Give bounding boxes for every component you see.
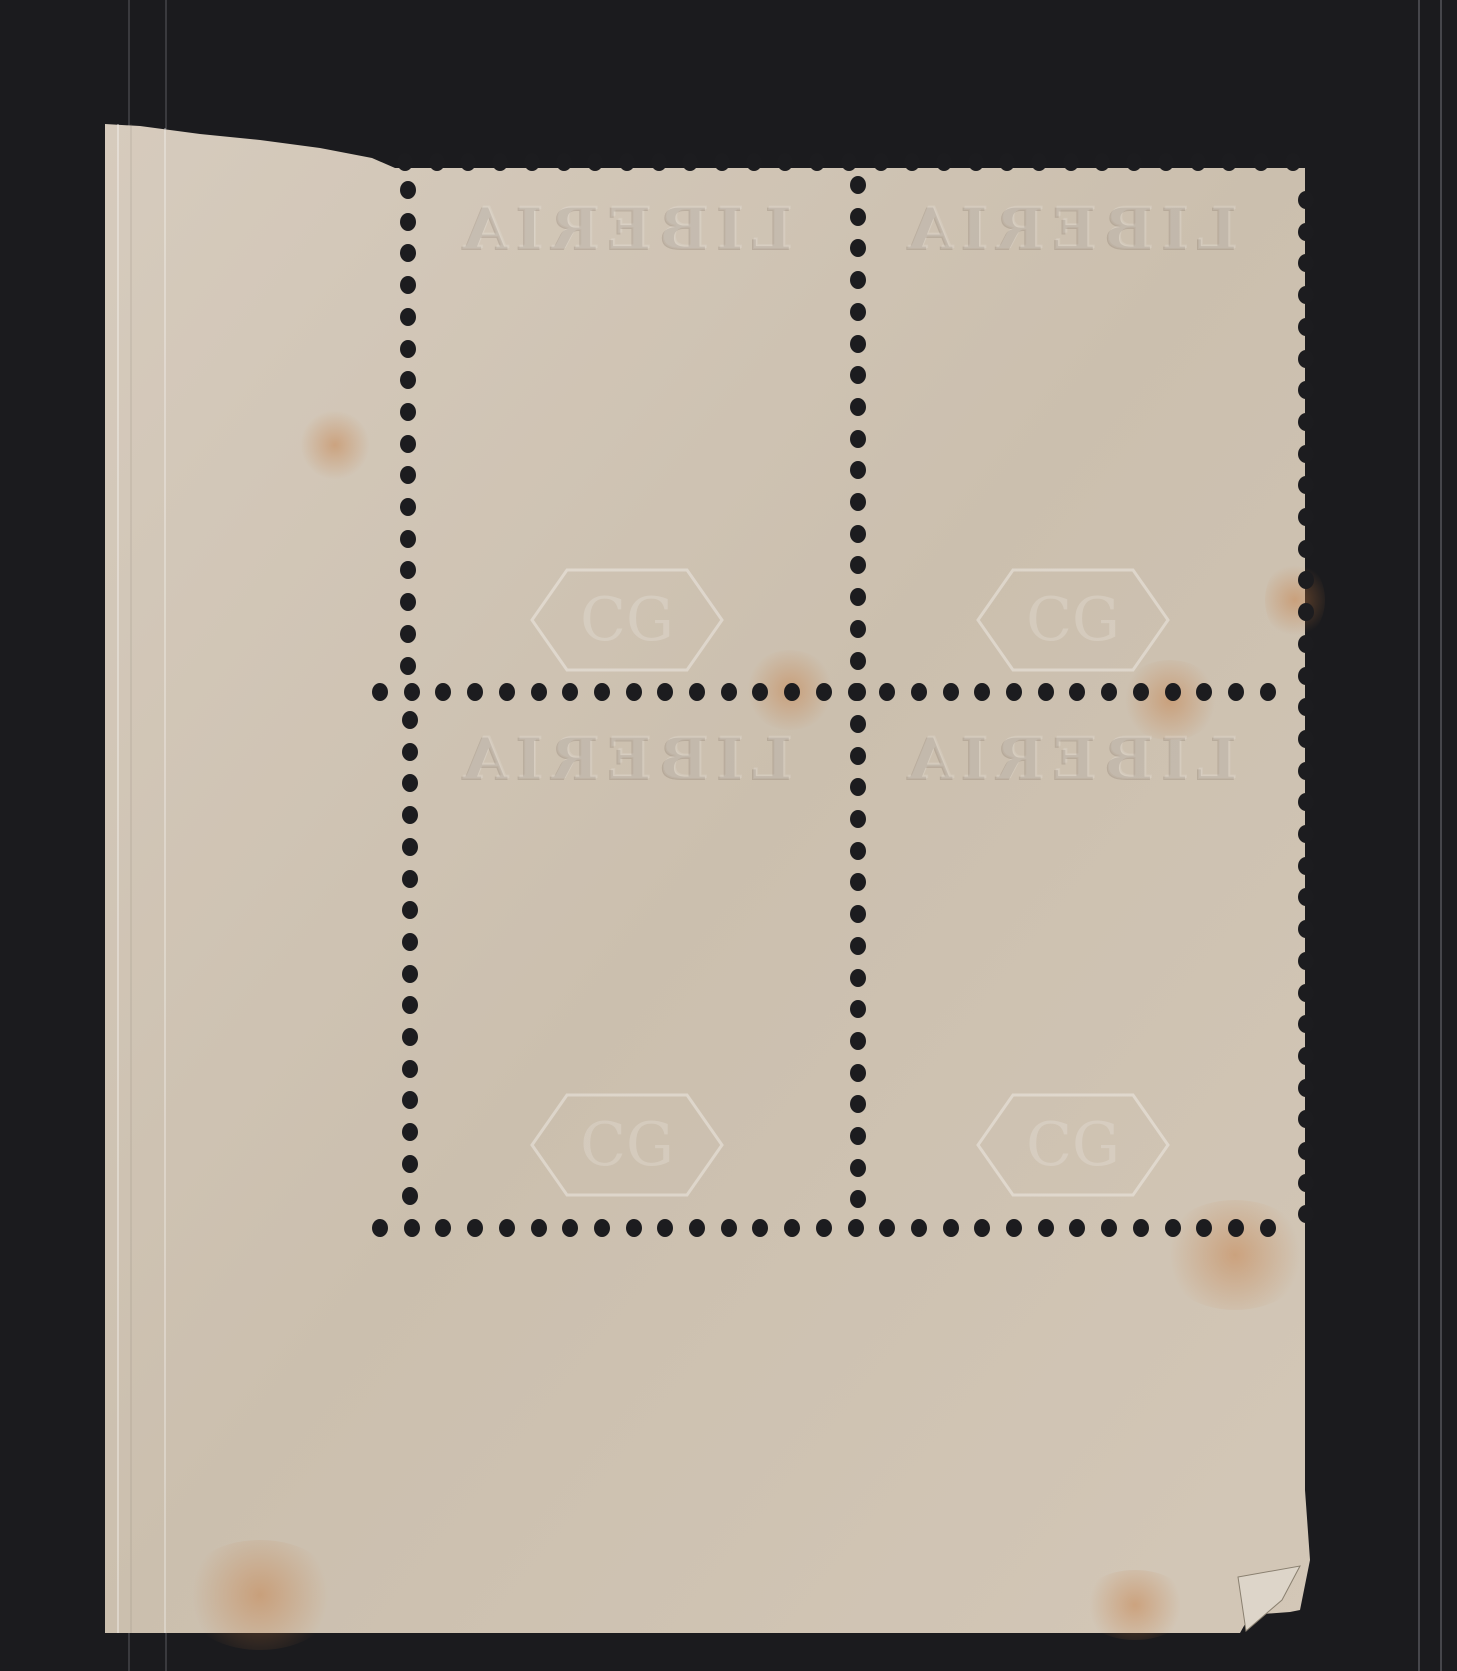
perforation-hole — [1228, 1219, 1244, 1237]
perforation-hole — [400, 593, 416, 611]
perforation-hole — [1298, 984, 1314, 1002]
perforation-hole — [784, 1219, 800, 1237]
perforation-hole — [1190, 153, 1206, 171]
perforation-hole — [531, 683, 547, 701]
perforation-hole — [402, 838, 418, 856]
perforation-hole — [372, 683, 388, 701]
perforation-hole — [1298, 413, 1314, 431]
perforation-hole — [651, 153, 667, 171]
perforation-hole — [1298, 603, 1314, 621]
perforation-hole — [1298, 540, 1314, 558]
embossed-monogram-hexagon: CG — [512, 565, 742, 675]
perforation-hole — [400, 435, 416, 453]
perforation-hole — [404, 1219, 420, 1237]
perforation-hole — [1260, 1219, 1276, 1237]
embossed-country-name: LIBERIA — [455, 725, 792, 793]
perforation-hole — [400, 276, 416, 294]
perforation-hole — [400, 213, 416, 231]
perforation-hole — [402, 870, 418, 888]
perforation-hole — [850, 842, 866, 860]
perforation-hole — [1298, 825, 1314, 843]
perforation-hole — [1298, 286, 1314, 304]
perforation-hole — [1298, 508, 1314, 526]
perforation-hole — [746, 153, 762, 171]
perforation-hole — [626, 683, 642, 701]
perforation-hole — [784, 683, 800, 701]
perforation-hole — [1298, 1174, 1314, 1192]
perforation-hole — [1298, 445, 1314, 463]
perforation-hole — [1133, 683, 1149, 701]
perforation-hole — [402, 933, 418, 951]
perforation-hole — [911, 683, 927, 701]
perforation-hole — [943, 1219, 959, 1237]
perforation-hole — [1038, 1219, 1054, 1237]
perforation-hole — [714, 153, 730, 171]
perforation-hole — [850, 810, 866, 828]
perforation-hole — [850, 208, 866, 226]
perforation-hole — [1285, 153, 1301, 171]
embossed-country-name: LIBERIA — [455, 195, 792, 263]
perforation-hole — [850, 905, 866, 923]
embossed-monogram-hexagon: CG — [512, 1090, 742, 1200]
perforation-hole — [1298, 730, 1314, 748]
perforation-hole — [850, 271, 866, 289]
perforation-hole — [402, 743, 418, 761]
perforation-hole — [943, 683, 959, 701]
perforation-hole — [850, 1159, 866, 1177]
perforation-hole — [1101, 683, 1117, 701]
perforation-hole — [1228, 683, 1244, 701]
perforation-hole — [402, 711, 418, 729]
perforation-hole — [1063, 153, 1079, 171]
perforation-hole — [492, 153, 508, 171]
perforation-hole — [402, 965, 418, 983]
perforation-hole — [850, 747, 866, 765]
perforation-hole — [850, 588, 866, 606]
perforation-hole — [1298, 318, 1314, 336]
perforation-hole — [594, 683, 610, 701]
perforation-hole — [850, 398, 866, 416]
svg-text:CG: CG — [1026, 585, 1120, 655]
perforation-hole — [402, 1123, 418, 1141]
perforation-hole — [809, 153, 825, 171]
perforation-hole — [1165, 1219, 1181, 1237]
perforation-hole — [1260, 683, 1276, 701]
perforation-hole — [531, 1219, 547, 1237]
svg-text:CG: CG — [580, 1110, 674, 1180]
perforation-hole — [850, 176, 866, 194]
rust-stain — [180, 1540, 340, 1650]
perforation-hole — [402, 1060, 418, 1078]
perforation-hole — [1298, 762, 1314, 780]
perforation-hole — [841, 153, 857, 171]
perforation-hole — [1006, 683, 1022, 701]
perforation-hole — [556, 153, 572, 171]
perforation-hole — [936, 153, 952, 171]
perforation-hole — [850, 652, 866, 670]
svg-text:CG: CG — [580, 585, 674, 655]
perforation-hole — [1298, 635, 1314, 653]
svg-text:CG: CG — [1026, 1110, 1120, 1180]
perforation-hole — [1298, 350, 1314, 368]
embossed-monogram-hexagon: CG — [958, 1090, 1188, 1200]
perforation-hole — [400, 340, 416, 358]
perforation-hole — [1006, 1219, 1022, 1237]
perforation-hole — [850, 620, 866, 638]
perforation-hole — [1031, 153, 1047, 171]
perforation-hole — [689, 683, 705, 701]
perforation-hole — [850, 525, 866, 543]
perforation-hole — [429, 153, 445, 171]
perforation-hole — [1253, 153, 1269, 171]
perforation-hole — [1126, 153, 1142, 171]
perforation-hole — [400, 308, 416, 326]
perforation-hole — [397, 153, 413, 171]
perforation-hole — [873, 153, 889, 171]
perforation-hole — [1298, 1142, 1314, 1160]
perforation-hole — [1133, 1219, 1149, 1237]
perforation-hole — [850, 335, 866, 353]
perforation-hole — [1298, 857, 1314, 875]
perforation-hole — [850, 303, 866, 321]
perforation-hole — [850, 1127, 866, 1145]
rust-stain — [1265, 560, 1325, 640]
embossed-country-name: LIBERIA — [900, 725, 1237, 793]
perforation-hole — [721, 1219, 737, 1237]
perforation-hole — [400, 181, 416, 199]
perforation-hole — [1298, 920, 1314, 938]
rust-stain — [1160, 1200, 1310, 1310]
perforation-hole — [400, 530, 416, 548]
perforation-hole — [1298, 952, 1314, 970]
perforation-hole — [372, 1219, 388, 1237]
perforation-hole — [402, 1155, 418, 1173]
perforation-hole — [689, 1219, 705, 1237]
perforation-hole — [1038, 683, 1054, 701]
perforation-hole — [400, 657, 416, 675]
perforation-hole — [402, 1187, 418, 1205]
perforation-hole — [400, 403, 416, 421]
embossed-country-name: LIBERIA — [900, 195, 1237, 263]
perforation-hole — [848, 683, 864, 701]
perforation-hole — [404, 683, 420, 701]
perforation-hole — [850, 969, 866, 987]
perforation-hole — [848, 1219, 864, 1237]
perforation-hole — [402, 1028, 418, 1046]
perforation-hole — [626, 1219, 642, 1237]
perforation-hole — [721, 683, 737, 701]
perforation-hole — [524, 153, 540, 171]
rust-stain — [300, 410, 370, 480]
perforation-hole — [400, 625, 416, 643]
perforation-hole — [1165, 683, 1181, 701]
perforation-hole — [1298, 1079, 1314, 1097]
perforation-hole — [911, 1219, 927, 1237]
rust-stain — [1080, 1570, 1190, 1640]
perforation-hole — [402, 806, 418, 824]
stamp-block-paper: LIBERIA LIBERIA LIBERIA LIBERIA CG CG CG… — [0, 0, 1457, 1671]
perforation-hole — [400, 498, 416, 516]
perforation-hole — [968, 153, 984, 171]
perforation-hole — [850, 430, 866, 448]
perforation-hole — [1298, 1047, 1314, 1065]
perforation-hole — [1298, 223, 1314, 241]
perforation-hole — [619, 153, 635, 171]
perforation-hole — [850, 1064, 866, 1082]
perforation-hole — [850, 715, 866, 733]
perforation-hole — [594, 1219, 610, 1237]
perforation-hole — [850, 937, 866, 955]
perforation-hole — [1298, 667, 1314, 685]
perforation-hole — [1298, 191, 1314, 209]
perforation-hole — [850, 493, 866, 511]
perforation-hole — [467, 1219, 483, 1237]
perforation-hole — [467, 683, 483, 701]
perforation-hole — [816, 1219, 832, 1237]
embossed-monogram-hexagon: CG — [958, 565, 1188, 675]
perforation-hole — [499, 1219, 515, 1237]
perforation-hole — [816, 683, 832, 701]
perforation-hole — [499, 683, 515, 701]
perforation-hole — [1101, 1219, 1117, 1237]
perforation-hole — [1158, 153, 1174, 171]
perforation-hole — [850, 1032, 866, 1050]
